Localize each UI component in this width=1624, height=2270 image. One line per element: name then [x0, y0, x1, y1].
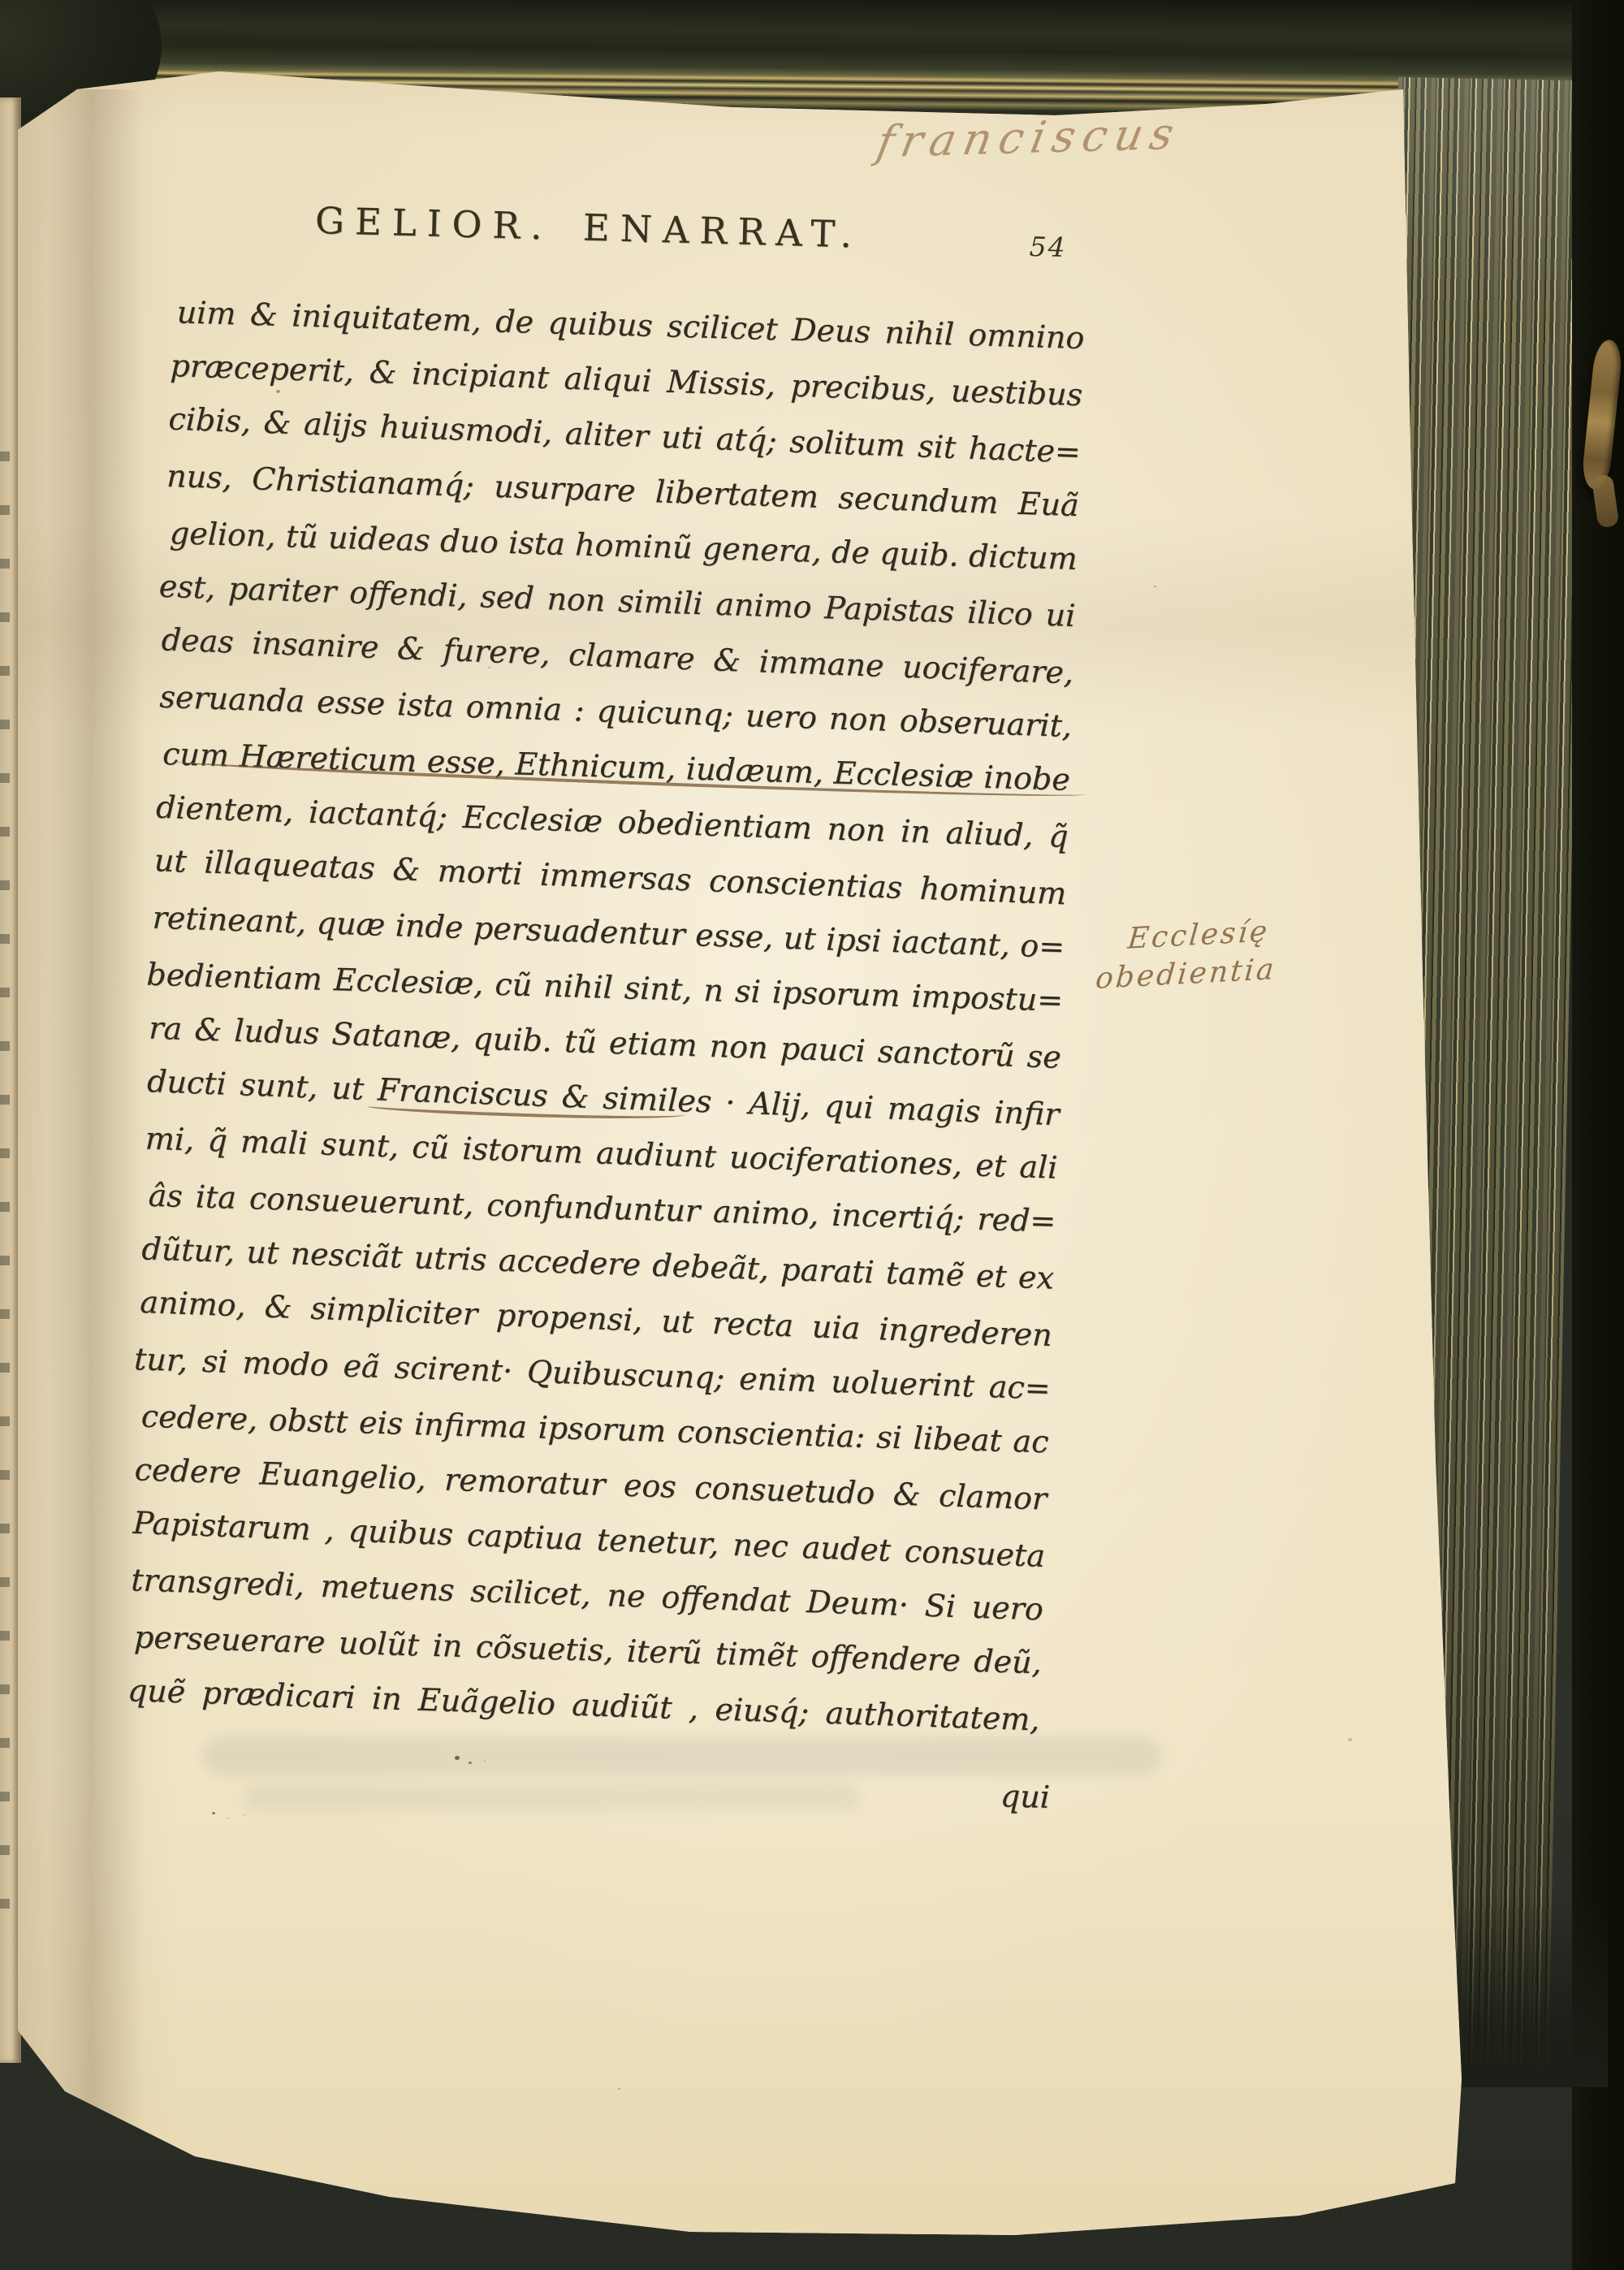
book-page: GELIOR. ENARRAT. 54 uim & iniquitatem, d…: [0, 0, 1624, 2270]
catchword: qui: [1000, 1778, 1050, 1815]
printed-text-block: uim & iniquitatem, de quibus scilicet De…: [127, 283, 1085, 1747]
verso-show-through: [203, 1736, 1161, 1775]
margin-note-line-2: obedientia: [1095, 953, 1278, 996]
gutter-crease: [47, 89, 145, 2136]
handwritten-margin-note: Ecclesíę obedientia: [1093, 914, 1277, 996]
book-photo: GELIOR. ENARRAT. 54 uim & iniquitatem, d…: [0, 0, 1624, 2270]
page-number: 54: [1029, 231, 1067, 263]
running-header-title: GELIOR. ENARRAT.: [314, 199, 862, 257]
margin-note-line-1: Ecclesíę: [1126, 914, 1276, 956]
handwritten-owner-name: franciscus: [873, 108, 1185, 167]
verso-show-through: [244, 1784, 861, 1811]
ink-specks: [455, 1756, 460, 1760]
facing-page-text-fragments: [0, 439, 10, 1933]
page-header: GELIOR. ENARRAT. 54: [314, 199, 1127, 263]
